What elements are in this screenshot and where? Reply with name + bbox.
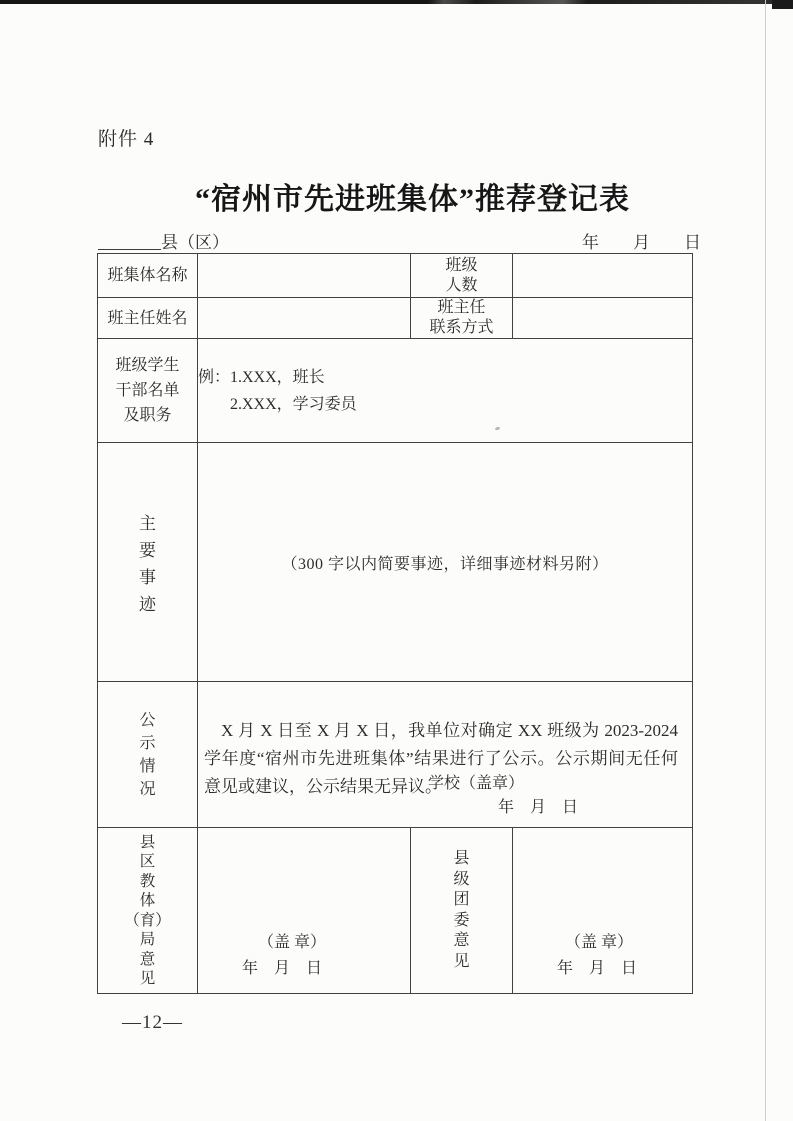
- league-seal-date: 年 月 日: [557, 955, 637, 978]
- league-committee-opinion-cell: （盖 章） 年 月 日: [513, 828, 693, 994]
- class-name-label: 班集体名称: [98, 254, 198, 298]
- main-deeds-placeholder: （300 字以内简要事迹，详细事迹材料另附）: [198, 443, 693, 682]
- publicity-content-cell: X 月 X 日至 X 月 X 日，我单位对确定 XX 班级为 2023-2024…: [198, 682, 693, 828]
- page-number: —12—: [122, 1012, 183, 1034]
- edu-seal-date: 年 月 日: [242, 955, 322, 978]
- cadre-example-text: 例：1.XXX，班长 2.XXX，学习委员: [198, 339, 693, 443]
- attachment-label: 附件 4: [98, 124, 154, 151]
- scan-corner-artifact: [772, 0, 793, 9]
- edu-bureau-opinion-cell: （盖 章） 年 月 日: [198, 828, 411, 994]
- teacher-name-label: 班主任姓名: [98, 298, 198, 339]
- school-seal-date: 年 月 日: [498, 794, 578, 817]
- school-seal-label: 学校（盖章）: [428, 770, 524, 793]
- county-label: 县（区）: [161, 233, 229, 252]
- county-blank-underline: [98, 231, 161, 250]
- table-row: 县 区 教 体 （育） 局 意 见 （盖 章） 年 月 日 县 级 团 委 意 …: [98, 828, 693, 994]
- class-size-value-cell: [513, 254, 693, 298]
- main-deeds-label: 主 要 事 迹: [98, 443, 198, 682]
- edu-seal-label: （盖 章）: [258, 929, 326, 952]
- county-line: 县（区）: [98, 228, 229, 253]
- table-row: 班主任姓名 班主任 联系方式: [98, 298, 693, 339]
- scanned-document-page: 附件 4 “宿州市先进班集体”推荐登记表 县（区） 年 月 日 班集体名称 班级…: [0, 0, 793, 1121]
- teacher-name-value-cell: [198, 298, 411, 339]
- league-committee-opinion-label: 县 级 团 委 意 见: [411, 828, 513, 994]
- teacher-contact-value-cell: [513, 298, 693, 339]
- header-date: 年 月 日: [582, 228, 701, 253]
- page-title: “宿州市先进班集体”推荐登记表: [115, 174, 710, 218]
- table-row: 主 要 事 迹 （300 字以内简要事迹，详细事迹材料另附）: [98, 443, 693, 682]
- cadre-list-label: 班级学生 干部名单 及职务: [98, 339, 198, 443]
- edu-bureau-opinion-label: 县 区 教 体 （育） 局 意 见: [98, 828, 198, 994]
- publicity-status-label: 公 示 情 况: [98, 682, 198, 828]
- teacher-contact-label: 班主任 联系方式: [411, 298, 513, 339]
- league-seal-label: （盖 章）: [565, 929, 633, 952]
- scan-page-edge-line: [765, 0, 766, 1121]
- table-row: 公 示 情 况 X 月 X 日至 X 月 X 日，我单位对确定 XX 班级为 2…: [98, 682, 693, 828]
- table-row: 班级学生 干部名单 及职务 例：1.XXX，班长 2.XXX，学习委员: [98, 339, 693, 443]
- class-name-value-cell: [198, 254, 411, 298]
- scan-top-edge-artifact: [0, 0, 793, 4]
- registration-table: 班集体名称 班级 人数 班主任姓名 班主任 联系方式 班级学生 干部名单 及职务…: [97, 253, 693, 994]
- class-size-label: 班级 人数: [411, 254, 513, 298]
- table-row: 班集体名称 班级 人数: [98, 254, 693, 298]
